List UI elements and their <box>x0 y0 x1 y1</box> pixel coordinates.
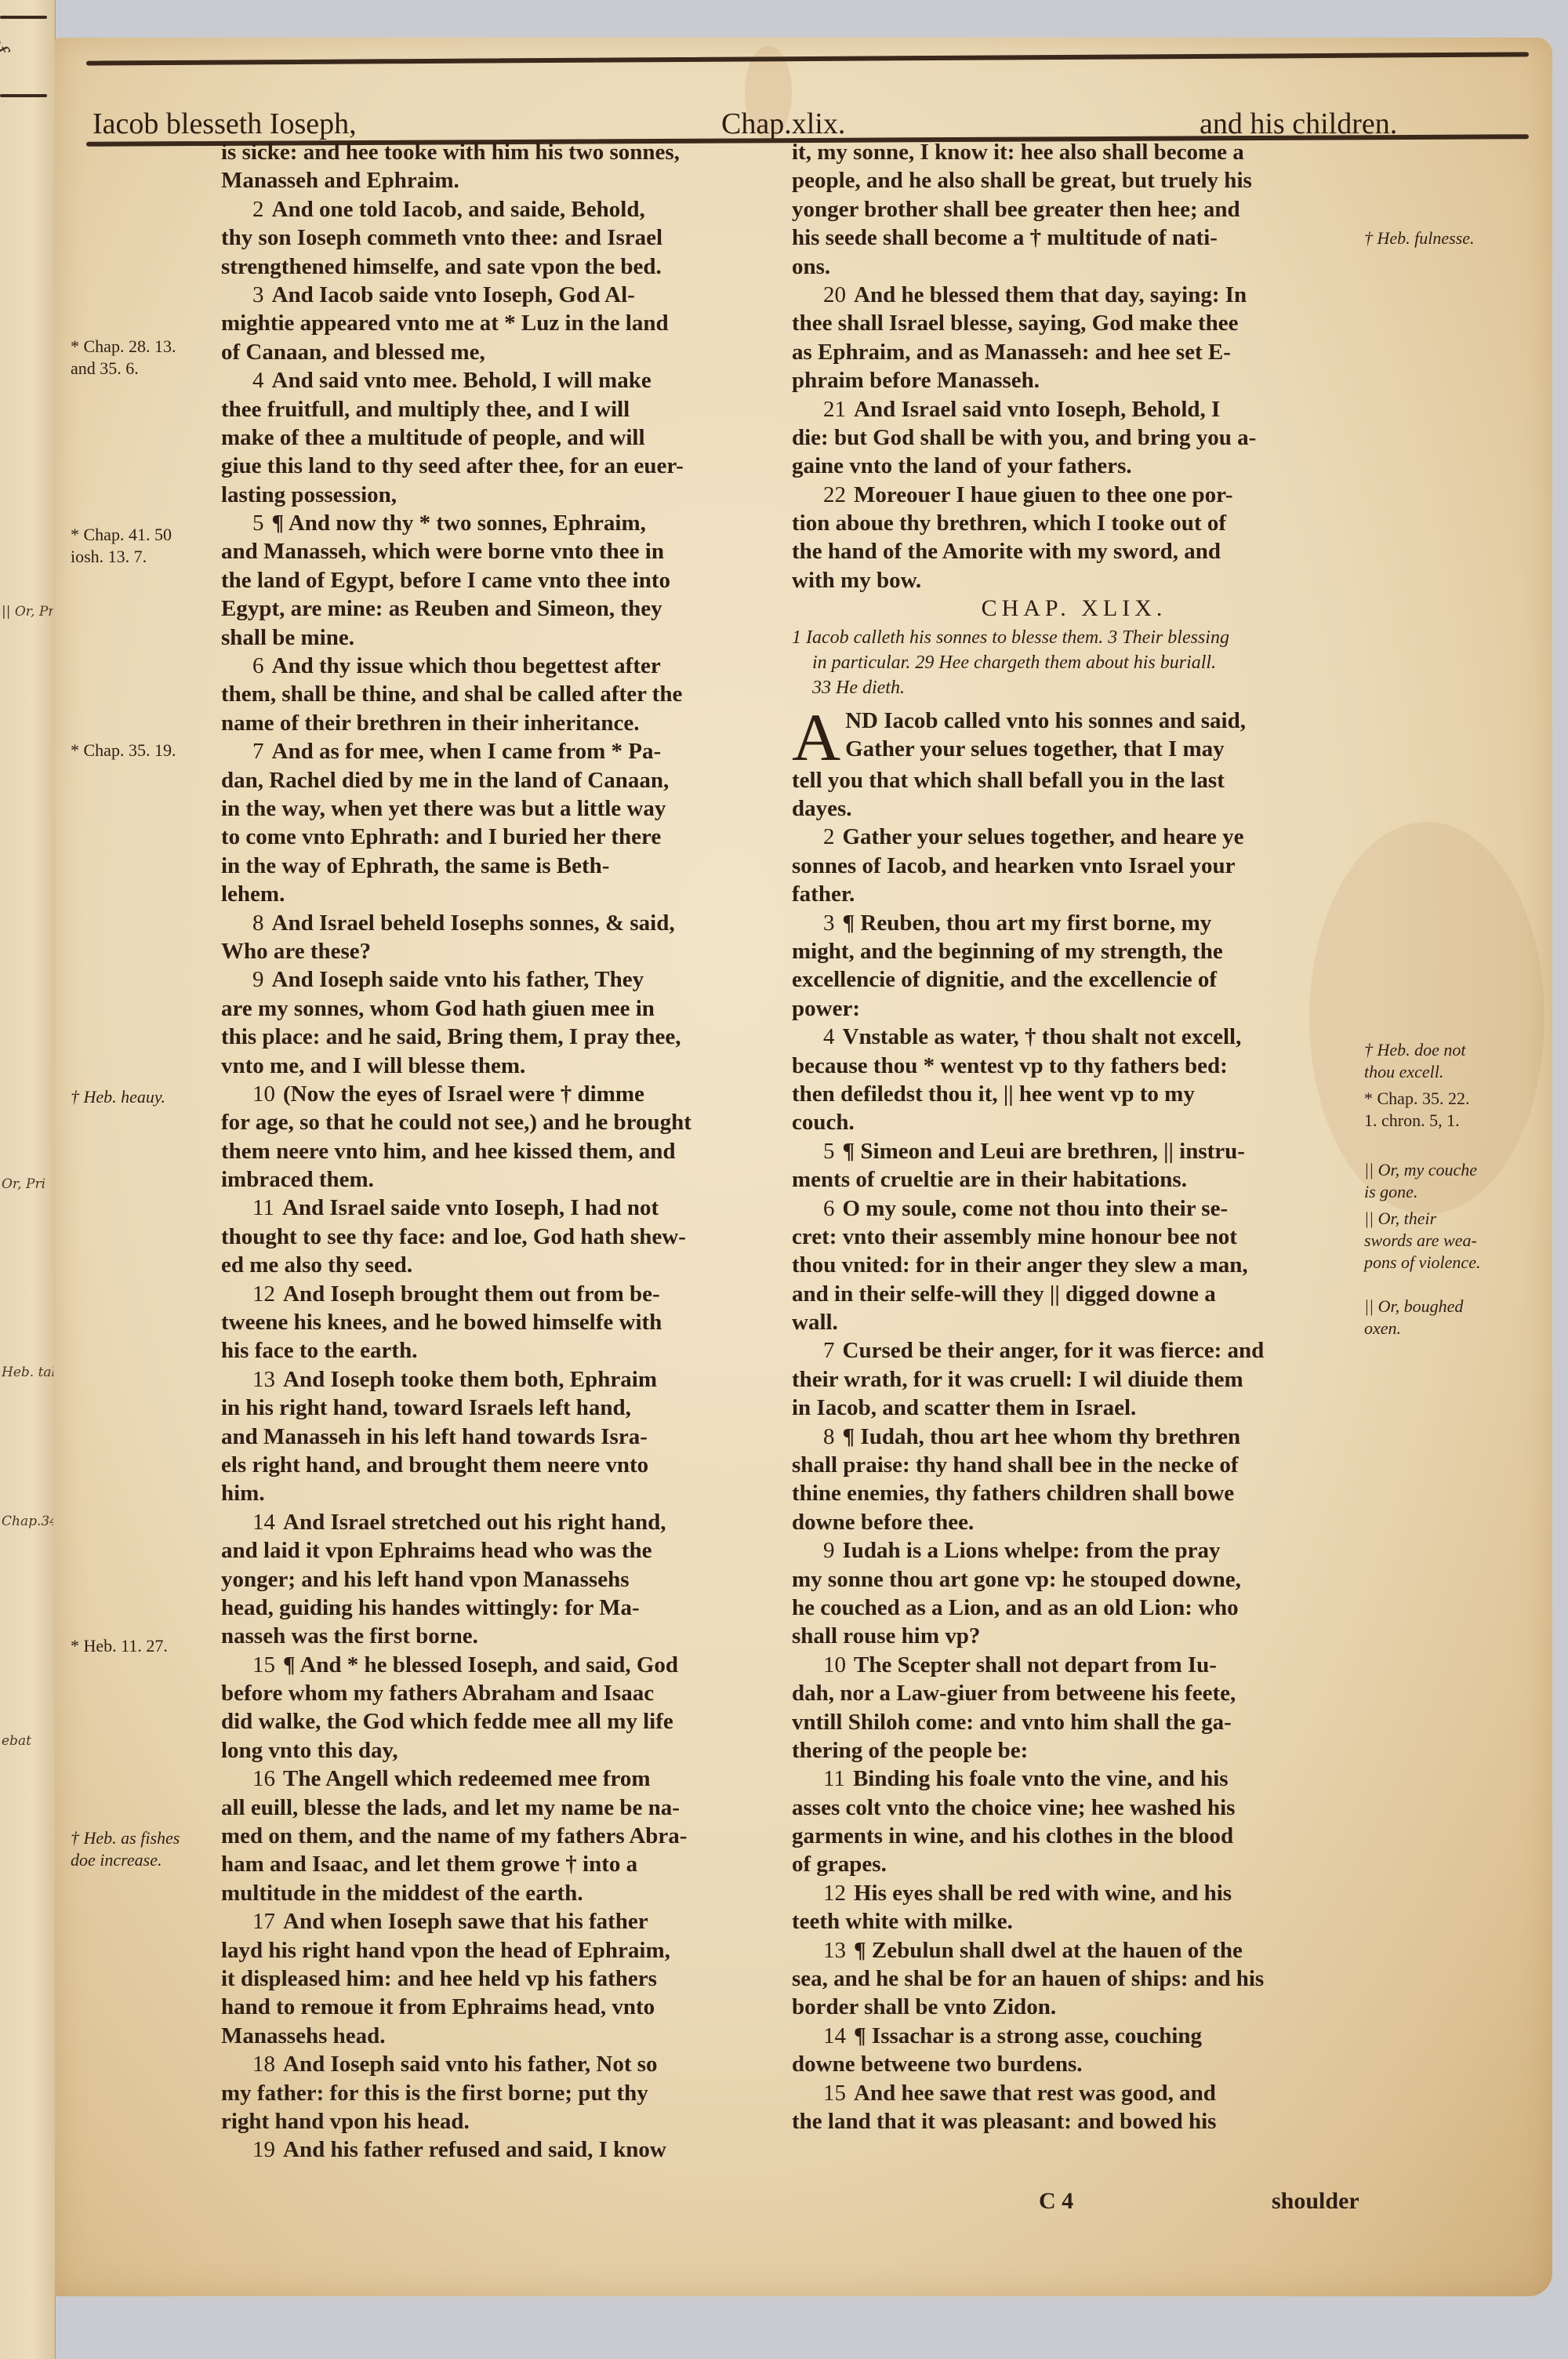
verse-line: in Iacob, and scatter them in Israel. <box>792 1394 1356 1422</box>
verse-number: 18 <box>221 2052 283 2077</box>
facing-page-edge: of Iaco || Or, Pri Or, Pri Heb. tal Chap… <box>0 0 56 2359</box>
margin-note-right: || Or, theirswords are wea-pons of viole… <box>1364 1208 1480 1274</box>
verse-line: him. <box>221 1479 786 1507</box>
verse-line: did walke, the God which fedde mee all m… <box>221 1707 786 1736</box>
verse-text: Issachar is a strong asse, couching <box>872 2023 1202 2048</box>
verse-line: hand to remoue it from Ephraims head, vn… <box>221 1993 786 2021</box>
verse-text: And one told Iacob, and saide, Behold, <box>272 197 645 222</box>
verse-number: 11 <box>792 1766 853 1791</box>
verse-number: 7 <box>221 739 272 764</box>
facing-rule-top <box>0 16 47 19</box>
verse-start-line: 5¶ Simeon and Leui are brethren, || inst… <box>792 1137 1356 1165</box>
verse-line: lasting possession, <box>221 481 786 509</box>
verse-line: it, my sonne, I know it: hee also shall … <box>792 138 1356 166</box>
verse-line: strengthened himselfe, and sate vpon the… <box>221 253 786 281</box>
verse-text: the hand of the Amorite with my sword, a… <box>792 539 1221 564</box>
verse-text: And Israel saide vnto Ioseph, I had not <box>282 1195 659 1220</box>
verse-line: his seede shall become a † multitude of … <box>792 224 1356 252</box>
verse-line: as Ephraim, and as Manasseh: and hee set… <box>792 338 1356 366</box>
verse-text: head, guiding his handes wittingly: for … <box>221 1595 640 1620</box>
verse-start-line: 21And Israel said vnto Ioseph, Behold, I <box>792 395 1356 423</box>
running-head-left: Iacob blesseth Ioseph, <box>93 107 357 141</box>
verse-text: their wrath, for it was cruell: I wil di… <box>792 1367 1243 1392</box>
verse-line: my sonne thou art gone vp: he stouped do… <box>792 1565 1356 1594</box>
verse-number: 8 <box>221 911 272 936</box>
verse-start-line: 7And as for mee, when I came from * Pa- <box>221 737 786 765</box>
verse-start-line: 3And Iacob saide vnto Ioseph, God Al- <box>221 281 786 309</box>
verse-number: 10 <box>221 1081 283 1107</box>
pilcrow-icon: ¶ <box>854 1938 866 1963</box>
verse-text: it, my sonne, I know it: hee also shall … <box>792 140 1244 165</box>
verse-line: dayes. <box>792 794 1356 823</box>
facing-margin-note: Or, Pri <box>2 1176 53 1192</box>
verse-text: and Manasseh in his left hand towards Is… <box>221 1424 648 1449</box>
verse-text: might, and the beginning of my strength,… <box>792 939 1223 964</box>
verse-text: his face to the earth. <box>221 1338 417 1363</box>
bible-page: Iacob blesseth Ioseph, Chap.xlix. and hi… <box>55 38 1552 2296</box>
verse-line: yonger; and his left hand vpon Manassehs <box>221 1565 786 1594</box>
verse-line: power: <box>792 994 1356 1023</box>
pilcrow-icon: ¶ <box>843 1424 855 1449</box>
verse-number: 2 <box>221 197 272 222</box>
verse-text: lasting possession, <box>221 482 397 507</box>
chapter-opening: A ND Iacob called vnto his sonnes and sa… <box>792 707 1356 764</box>
verse-number: 12 <box>792 1881 854 1906</box>
verse-start-line: 14And Israel stretched out his right han… <box>221 1508 786 1536</box>
pilcrow-icon: ¶ <box>843 911 855 936</box>
verse-line: downe before thee. <box>792 1508 1356 1536</box>
verse-line: the land that it was pleasant: and bowed… <box>792 2107 1356 2135</box>
verse-number: 15 <box>221 1652 283 1677</box>
verse-text: And he blessed them that day, saying: In <box>854 282 1247 307</box>
verse-text: couch. <box>792 1110 855 1135</box>
verse-start-line: 15And hee sawe that rest was good, and <box>792 2079 1356 2107</box>
verse-line: nasseh was the first borne. <box>221 1622 786 1650</box>
verse-text: before whom my fathers Abraham and Isaac <box>221 1681 654 1706</box>
verse-line: of Canaan, and blessed me, <box>221 338 786 366</box>
margin-note-right: † Heb. fulnesse. <box>1364 227 1475 249</box>
margin-note-right: † Heb. doe notthou excell. <box>1364 1039 1466 1083</box>
verse-number: 6 <box>221 653 272 678</box>
verse-line: phraim before Manasseh. <box>792 366 1356 394</box>
verse-line: downe betweene two burdens. <box>792 2050 1356 2078</box>
verse-text: all euill, blesse the lads, and let my n… <box>221 1795 680 1820</box>
verse-number: 16 <box>221 1766 283 1791</box>
verse-number: 21 <box>792 397 854 422</box>
verse-line: els right hand, and brought them neere v… <box>221 1451 786 1479</box>
verse-line: he couched as a Lion, and as an old Lion… <box>792 1594 1356 1622</box>
verse-line: yonger brother shall bee greater then he… <box>792 195 1356 224</box>
verse-text: giue this land to thy seed after thee, f… <box>221 453 684 478</box>
facing-margin-note: Heb. tal <box>2 1365 53 1380</box>
verse-number: 10 <box>792 1652 854 1677</box>
verse-text: shall rouse him vp? <box>792 1623 980 1648</box>
verse-line: ND Iacob called vnto his sonnes and said… <box>792 707 1356 735</box>
verse-text: mightie appeared vnto me at * Luz in the… <box>221 311 669 336</box>
verse-text: The Scepter shall not depart from Iu- <box>854 1652 1217 1677</box>
verse-line: thering of the people be: <box>792 1736 1356 1765</box>
verse-line: dan, Rachel died by me in the land of Ca… <box>221 766 786 794</box>
verse-start-line: 10The Scepter shall not depart from Iu- <box>792 1651 1356 1679</box>
verse-line: wall. <box>792 1308 1356 1336</box>
verse-text: garments in wine, and his clothes in the… <box>792 1823 1233 1848</box>
verses-chapter-49: tell you that which shall befall you in … <box>792 766 1356 2136</box>
verse-text: to come vnto Ephrath: and I buried her t… <box>221 824 661 849</box>
verse-text: The Angell which redeemed mee from <box>283 1766 651 1791</box>
verse-line: before whom my fathers Abraham and Isaac <box>221 1679 786 1707</box>
verse-text: Binding his foale vnto the vine, and his <box>853 1766 1229 1791</box>
verse-text: name of their brethren in their inherita… <box>221 711 640 736</box>
verse-text: and in their selfe-will they || digged d… <box>792 1281 1216 1307</box>
verse-text: And Israel stretched out his right hand, <box>283 1510 666 1535</box>
verse-line: of grapes. <box>792 1850 1356 1878</box>
note-text: † Heb. fulnesse. <box>1364 228 1475 248</box>
verse-line: make of thee a multitude of people, and … <box>221 423 786 452</box>
verse-number: 5 <box>792 1139 843 1164</box>
verse-number: 8 <box>792 1424 843 1449</box>
verse-line: vnto me, and I will blesse them. <box>221 1052 786 1080</box>
verse-text: for age, so that he could not see,) and … <box>221 1110 691 1135</box>
verse-text: did walke, the God which fedde mee all m… <box>221 1709 673 1734</box>
verse-start-line: 10(Now the eyes of Israel were † dimme <box>221 1080 786 1108</box>
verse-text: strengthened himselfe, and sate vpon the… <box>221 254 662 279</box>
margin-note-right: || Or, boughedoxen. <box>1364 1296 1463 1339</box>
verse-text: tell you that which shall befall you in … <box>792 768 1225 793</box>
verse-line: the land of Egypt, before I came vnto th… <box>221 566 786 594</box>
verse-text: excellencie of dignitie, and the excelle… <box>792 967 1217 992</box>
verse-text: shall be mine. <box>221 625 354 650</box>
verse-text: thine enemies, thy fathers children shal… <box>792 1481 1234 1506</box>
verse-line: and in their selfe-will they || digged d… <box>792 1280 1356 1308</box>
verse-text: And Ioseph said vnto his father, Not so <box>283 2052 658 2077</box>
verse-line: Manasseh and Ephraim. <box>221 166 786 194</box>
verse-number: 12 <box>221 1281 283 1307</box>
verse-text: and Manasseh, which were borne vnto thee… <box>221 539 664 564</box>
verse-text: make of thee a multitude of people, and … <box>221 425 645 450</box>
verse-text: it displeased him: and hee held vp his f… <box>221 1966 657 1991</box>
verse-text: tion aboue thy brethren, which I tooke o… <box>792 511 1226 536</box>
verse-text: thought to see thy face: and loe, God ha… <box>221 1224 686 1249</box>
note-text: thou excell. <box>1364 1062 1443 1081</box>
verse-text: downe before thee. <box>792 1510 974 1535</box>
verse-line: couch. <box>792 1108 1356 1136</box>
chapter-summary-line: 33 He dieth. <box>792 674 1356 699</box>
verse-text: people, and he also shall be great, but … <box>792 168 1252 193</box>
verse-text: O my soule, come not thou into their se- <box>843 1196 1229 1221</box>
chapter-title: CHAP. XLIX. <box>792 594 1356 623</box>
facing-margin-note: ebat <box>2 1733 53 1749</box>
verse-start-line: 16The Angell which redeemed mee from <box>221 1765 786 1793</box>
verse-start-line: 13And Ioseph tooke them both, Ephraim <box>221 1365 786 1394</box>
verse-line: and laid it vpon Ephraims head who was t… <box>221 1536 786 1565</box>
verse-text: sea, and he shal be for an hauen of ship… <box>792 1966 1264 1991</box>
verse-text: And said vnto mee. Behold, I will make <box>272 368 652 393</box>
margin-note-left: * Heb. 11. 27. <box>71 1635 168 1657</box>
verse-line: Gather your selues together, that I may <box>792 735 1356 763</box>
verse-text: die: but God shall be with you, and brin… <box>792 425 1256 450</box>
verse-line: ments of crueltie are in their habitatio… <box>792 1165 1356 1194</box>
verse-text: thee shall Israel blesse, saying, God ma… <box>792 311 1239 336</box>
verse-text: And Israel beheld Iosephs sonnes, & said… <box>272 911 675 936</box>
verse-start-line: 6O my soule, come not thou into their se… <box>792 1194 1356 1223</box>
verse-text: Iudah, thou art hee whom thy brethren <box>860 1424 1240 1449</box>
header-rule-top <box>86 52 1529 65</box>
pilcrow-icon: ¶ <box>272 511 285 536</box>
verse-line: sonnes of Iacob, and hearken vnto Israel… <box>792 852 1356 880</box>
verse-number: 9 <box>792 1538 843 1563</box>
verse-text: Vnstable as water, † thou shalt not exce… <box>843 1024 1242 1049</box>
verse-text: Manassehs head. <box>221 2023 386 2048</box>
verse-line: die: but God shall be with you, and brin… <box>792 423 1356 452</box>
verse-text: thering of the people be: <box>792 1738 1028 1763</box>
margin-note-left: * Chap. 28. 13.and 35. 6. <box>71 336 176 380</box>
verse-line: and Manasseh in his left hand towards Is… <box>221 1423 786 1451</box>
verse-line: the hand of the Amorite with my sword, a… <box>792 537 1356 565</box>
verse-line: name of their brethren in their inherita… <box>221 709 786 737</box>
verse-text: downe betweene two burdens. <box>792 2052 1083 2077</box>
verse-start-line: 11Binding his foale vnto the vine, and h… <box>792 1765 1356 1793</box>
verse-line: med on them, and the name of my fathers … <box>221 1822 786 1850</box>
verse-text: this place: and he said, Bring them, I p… <box>221 1024 681 1049</box>
verse-text: And now thy * two sonnes, Ephraim, <box>289 511 646 536</box>
verse-text: in Iacob, and scatter them in Israel. <box>792 1395 1136 1420</box>
verse-text: Manasseh and Ephraim. <box>221 168 459 193</box>
verse-line: then defiledst thou it, || hee went vp t… <box>792 1080 1356 1108</box>
verse-start-line: 7Cursed be their anger, for it was fierc… <box>792 1336 1356 1365</box>
verse-start-line: 22Moreouer I haue giuen to thee one por- <box>792 481 1356 509</box>
verse-start-line: 4And said vnto mee. Behold, I will make <box>221 366 786 394</box>
verse-text: of grapes. <box>792 1852 887 1877</box>
verse-text: dah, nor a Law-giuer from betweene his f… <box>792 1681 1236 1706</box>
verse-text: imbraced them. <box>221 1167 374 1192</box>
note-text: swords are wea- <box>1364 1230 1477 1250</box>
verse-number: 5 <box>221 511 272 536</box>
verse-number: 9 <box>221 967 272 992</box>
verse-text: And thy issue which thou begettest after <box>272 653 661 678</box>
verse-text: thee fruitfull, and multiply thee, and I… <box>221 397 630 422</box>
verse-line: vntill Shiloh come: and vnto him shall t… <box>792 1708 1356 1736</box>
verse-line: thee fruitfull, and multiply thee, and I… <box>221 395 786 423</box>
verse-line: for age, so that he could not see,) and … <box>221 1108 786 1136</box>
verse-text: the land that it was pleasant: and bowed… <box>792 2109 1216 2134</box>
verse-start-line: 19And his father refused and said, I kno… <box>221 2135 786 2164</box>
verse-line: dah, nor a Law-giuer from betweene his f… <box>792 1679 1356 1707</box>
verse-text: the land of Egypt, before I came vnto th… <box>221 568 670 593</box>
facing-running-head: of Iaco <box>0 31 27 99</box>
verse-line: shall praise: thy hand shall bee in the … <box>792 1451 1356 1479</box>
verse-line: people, and he also shall be great, but … <box>792 166 1356 194</box>
verse-text: wall. <box>792 1310 838 1335</box>
verse-text: And Ioseph brought them out from be- <box>283 1281 660 1307</box>
verse-line: asses colt vnto the choice vine; hee was… <box>792 1794 1356 1822</box>
verse-text: els right hand, and brought them neere v… <box>221 1452 648 1478</box>
verse-text: as Ephraim, and as Manasseh: and hee set… <box>792 340 1231 365</box>
verse-number: 14 <box>792 2023 854 2048</box>
verse-line: in the way of Ephrath, the same is Beth- <box>221 852 786 880</box>
verse-start-line: 8And Israel beheld Iosephs sonnes, & sai… <box>221 909 786 937</box>
verse-text: Egypt, are mine: as Reuben and Simeon, t… <box>221 596 662 621</box>
note-text: iosh. 13. 7. <box>71 547 147 566</box>
verse-line: tweene his knees, and he bowed himselfe … <box>221 1308 786 1336</box>
verse-text: because thou * wentest vp to thy fathers… <box>792 1053 1228 1078</box>
verse-text: And Iacob saide vnto Ioseph, God Al- <box>272 282 635 307</box>
verse-line: my father: for this is the first borne; … <box>221 2079 786 2107</box>
verse-number: 14 <box>221 1510 283 1535</box>
verse-text: teeth white with milke. <box>792 1909 1013 1934</box>
verse-line: and Manasseh, which were borne vnto thee… <box>221 537 786 565</box>
verse-text: is sicke: and hee tooke with him his two… <box>221 140 680 165</box>
verse-start-line: 14¶ Issachar is a strong asse, couching <box>792 2022 1356 2050</box>
verse-line: to come vnto Ephrath: and I buried her t… <box>221 823 786 851</box>
verse-line: thou vnited: for in their anger they sle… <box>792 1251 1356 1279</box>
verse-text: my father: for this is the first borne; … <box>221 2081 648 2106</box>
verse-number: 4 <box>221 368 272 393</box>
verse-start-line: 2And one told Iacob, and saide, Behold, <box>221 195 786 224</box>
verse-text: thy son Ioseph commeth vnto thee: and Is… <box>221 225 662 250</box>
verse-line: cret: vnto their assembly mine honour be… <box>792 1223 1356 1251</box>
verse-text: phraim before Manasseh. <box>792 368 1040 393</box>
signature-mark: C 4 <box>1039 2188 1073 2215</box>
verse-text: him. <box>221 1481 265 1506</box>
note-text: oxen. <box>1364 1318 1401 1338</box>
verse-text: Gather your selues together, and heare y… <box>843 824 1244 849</box>
verse-text: And Ioseph tooke them both, Ephraim <box>283 1367 657 1392</box>
verse-line: thought to see thy face: and loe, God ha… <box>221 1223 786 1251</box>
verse-text: with my bow. <box>792 568 921 593</box>
verse-text: gaine vnto the land of your fathers. <box>792 453 1132 478</box>
verse-start-line: 18And Ioseph said vnto his father, Not s… <box>221 2050 786 2078</box>
verse-line: giue this land to thy seed after thee, f… <box>221 452 786 480</box>
verse-line: imbraced them. <box>221 1165 786 1194</box>
verse-text: ham and Isaac, and let them growe † into… <box>221 1852 637 1877</box>
verse-text: thou vnited: for in their anger they sle… <box>792 1252 1248 1278</box>
verse-line: garments in wine, and his clothes in the… <box>792 1822 1356 1850</box>
verse-text: And Ioseph saide vnto his father, They <box>272 967 644 992</box>
pilcrow-icon: ¶ <box>843 1139 855 1164</box>
verse-line: them, shall be thine, and shal be called… <box>221 680 786 708</box>
verse-line: thee shall Israel blesse, saying, God ma… <box>792 309 1356 337</box>
verse-text: my sonne thou art gone vp: he stouped do… <box>792 1567 1241 1592</box>
verse-text: And when Ioseph sawe that his father <box>283 1909 648 1934</box>
verse-text: layd his right hand vpon the head of Eph… <box>221 1938 670 1963</box>
note-text: † Heb. heauy. <box>71 1087 165 1107</box>
verse-text: in his right hand, toward Israels left h… <box>221 1395 631 1420</box>
verse-line: gaine vnto the land of your fathers. <box>792 452 1356 480</box>
verse-line: his face to the earth. <box>221 1336 786 1365</box>
verse-line: ham and Isaac, and let them growe † into… <box>221 1850 786 1878</box>
verses-chapter-48-end: it, my sonne, I know it: hee also shall … <box>792 138 1356 594</box>
facing-margin-note: || Or, Pri <box>2 604 53 620</box>
verse-text: long vnto this day, <box>221 1738 398 1763</box>
note-text: * Chap. 28. 13. <box>71 336 176 356</box>
verse-text: Iudah is a Lions whelpe: from the pray <box>843 1538 1221 1563</box>
verse-text: And Israel said vnto Ioseph, Behold, I <box>854 397 1220 422</box>
verse-line: lehem. <box>221 880 786 908</box>
verse-text: then defiledst thou it, || hee went vp t… <box>792 1081 1195 1107</box>
verse-text: them neere vnto him, and hee kissed them… <box>221 1139 676 1164</box>
verse-line: them neere vnto him, and hee kissed them… <box>221 1137 786 1165</box>
verse-line: might, and the beginning of my strength,… <box>792 937 1356 965</box>
verse-start-line: 4Vnstable as water, † thou shalt not exc… <box>792 1023 1356 1051</box>
verse-line: thy son Ioseph commeth vnto thee: and Is… <box>221 224 786 252</box>
verse-line: in his right hand, toward Israels left h… <box>221 1394 786 1422</box>
text-column-right: it, my sonne, I know it: hee also shall … <box>792 138 1356 2135</box>
pilcrow-icon: ¶ <box>854 2023 866 2048</box>
margin-note-left: * Chap. 41. 50iosh. 13. 7. <box>71 524 172 568</box>
verse-line: shall rouse him vp? <box>792 1622 1356 1650</box>
verse-line: ed me also thy seed. <box>221 1251 786 1279</box>
verse-line: all euill, blesse the lads, and let my n… <box>221 1794 786 1822</box>
verse-text: Cursed be their anger, for it was fierce… <box>843 1338 1265 1363</box>
verse-text: of Canaan, and blessed me, <box>221 340 485 365</box>
verse-number: 22 <box>792 482 854 507</box>
verse-text: them, shall be thine, and shal be called… <box>221 682 682 707</box>
text-column-left: is sicke: and hee tooke with him his two… <box>221 138 786 2165</box>
verse-text: he couched as a Lion, and as an old Lion… <box>792 1595 1239 1620</box>
note-text: † Heb. doe not <box>1364 1040 1466 1060</box>
drop-cap: A <box>792 708 840 766</box>
verse-line: layd his right hand vpon the head of Eph… <box>221 1936 786 1965</box>
note-text: pons of violence. <box>1364 1252 1480 1272</box>
verse-number: 7 <box>792 1338 843 1363</box>
verse-text: (Now the eyes of Israel were † dimme <box>283 1081 644 1107</box>
verse-text: shall praise: thy hand shall bee in the … <box>792 1452 1239 1478</box>
verse-text: vntill Shiloh come: and vnto him shall t… <box>792 1710 1232 1735</box>
verse-number: 15 <box>792 2081 854 2106</box>
verse-line: ons. <box>792 253 1356 281</box>
verse-line: is sicke: and hee tooke with him his two… <box>221 138 786 166</box>
note-text: * Chap. 41. 50 <box>71 525 172 544</box>
verse-start-line: 9Iudah is a Lions whelpe: from the pray <box>792 1536 1356 1565</box>
verse-text: in the way of Ephrath, the same is Beth- <box>221 853 609 878</box>
verse-line: Egypt, are mine: as Reuben and Simeon, t… <box>221 594 786 623</box>
verse-text: cret: vnto their assembly mine honour be… <box>792 1224 1237 1249</box>
verse-text: multitude in the middest of the earth. <box>221 1881 583 1906</box>
verse-text: dan, Rachel died by me in the land of Ca… <box>221 768 669 793</box>
verse-line: excellencie of dignitie, and the excelle… <box>792 965 1356 994</box>
verse-number: 4 <box>792 1024 843 1049</box>
facing-rule-bottom <box>0 94 47 97</box>
verse-number: 3 <box>792 911 843 936</box>
margin-note-left: * Chap. 35. 19. <box>71 740 176 761</box>
verse-text: And hee sawe that rest was good, and <box>854 2081 1216 2106</box>
verse-line: teeth white with milke. <box>792 1907 1356 1936</box>
verse-start-line: 8¶ Iudah, thou art hee whom thy brethren <box>792 1423 1356 1451</box>
note-text: * Chap. 35. 19. <box>71 740 176 760</box>
verse-text: His eyes shall be red with wine, and his <box>854 1881 1232 1906</box>
verse-text: tweene his knees, and he bowed himselfe … <box>221 1310 662 1335</box>
verse-line: thine enemies, thy fathers children shal… <box>792 1479 1356 1507</box>
note-text: doe increase. <box>71 1850 162 1870</box>
verse-text: power: <box>792 996 860 1021</box>
verse-line: it displeased him: and hee held vp his f… <box>221 1965 786 1993</box>
verse-line: Manassehs head. <box>221 2022 786 2050</box>
verse-line: father. <box>792 880 1356 908</box>
verse-line: tell you that which shall befall you in … <box>792 766 1356 794</box>
verse-start-line: 13¶ Zebulun shall dwel at the hauen of t… <box>792 1936 1356 1965</box>
verse-line: because thou * wentest vp to thy fathers… <box>792 1052 1356 1080</box>
verse-number: 2 <box>792 824 843 849</box>
verse-start-line: 9And Ioseph saide vnto his father, They <box>221 965 786 994</box>
verse-text: and laid it vpon Ephraims head who was t… <box>221 1538 652 1563</box>
verse-text: nasseh was the first borne. <box>221 1623 478 1648</box>
note-text: || Or, their <box>1364 1209 1436 1228</box>
facing-margin-note: Chap.34. <box>2 1514 53 1529</box>
verse-start-line: 2Gather your selues together, and heare … <box>792 823 1356 851</box>
verse-text: med on them, and the name of my fathers … <box>221 1823 687 1848</box>
verse-line: in the way, when yet there was but a lit… <box>221 794 786 823</box>
verse-number: 3 <box>221 282 272 307</box>
